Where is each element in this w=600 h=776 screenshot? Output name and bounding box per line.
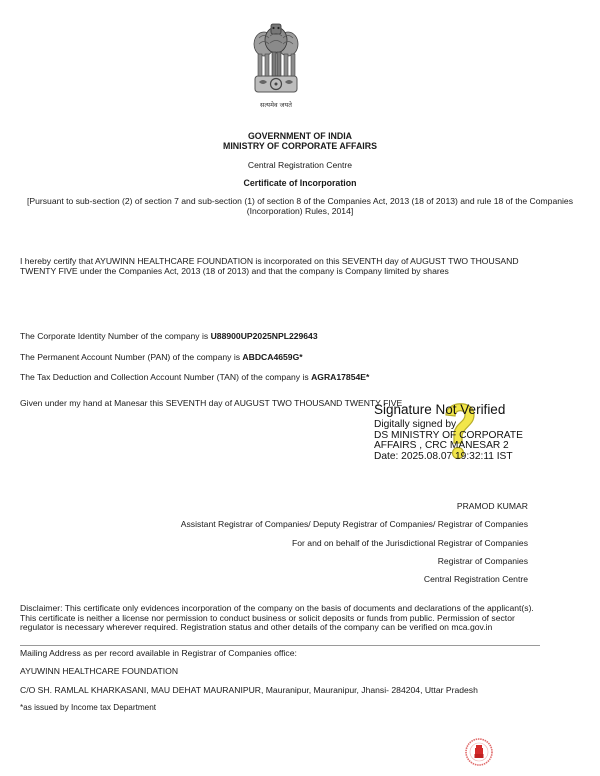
digital-signature-block[interactable]: Signature Not Verified Digitally signed …	[374, 402, 574, 462]
certification-statement: I hereby certify that AYUWINN HEALTHCARE…	[20, 256, 540, 276]
signature-line: Date: 2025.08.07 19:32:11 IST	[374, 452, 574, 463]
company-address: C/O SH. RAMLAL KHARKASANI, MAU DEHAT MAU…	[20, 685, 478, 695]
divider	[20, 645, 540, 646]
signature-line: Digitally signed by	[374, 420, 574, 431]
signatory-name: PRAMOD KUMAR	[457, 501, 528, 511]
tan-label: The Tax Deduction and Collection Account…	[20, 372, 311, 382]
cin-value: U88900UP2025NPL229643	[211, 331, 318, 341]
office-name: Central Registration Centre	[0, 160, 600, 170]
mailing-address-label: Mailing Address as per record available …	[20, 648, 297, 658]
ministry-heading: MINISTRY OF CORPORATE AFFAIRS	[0, 141, 600, 151]
disclaimer: Disclaimer: This certificate only eviden…	[20, 604, 540, 633]
signature-details: Digitally signed by DS MINISTRY OF CORPO…	[374, 420, 574, 462]
signatory-role: Registrar of Companies	[438, 556, 528, 566]
pan-label: The Permanent Account Number (PAN) of th…	[20, 352, 242, 362]
signatory-role: Central Registration Centre	[424, 574, 528, 584]
given-under-hand: Given under my hand at Manesar this SEVE…	[20, 398, 402, 408]
tan-value: AGRA17854E*	[311, 372, 369, 382]
emblem-motto: सत्यमेव जयते	[230, 100, 322, 109]
pan-value: ABDCA4659G*	[242, 352, 302, 362]
pursuant-clause: [Pursuant to sub-section (2) of section …	[20, 196, 580, 216]
certificate-title: Certificate of Incorporation	[0, 178, 600, 188]
signatory-role: For and on behalf of the Jurisdictional …	[292, 538, 528, 548]
cin-label: The Corporate Identity Number of the com…	[20, 331, 211, 341]
signature-status: Signature Not Verified	[374, 402, 574, 417]
company-name: AYUWINN HEALTHCARE FOUNDATION	[20, 666, 178, 676]
government-heading: GOVERNMENT OF INDIA	[0, 131, 600, 141]
cin-line: The Corporate Identity Number of the com…	[20, 331, 318, 341]
tan-line: The Tax Deduction and Collection Account…	[20, 372, 369, 382]
ministry-seal-icon	[461, 737, 497, 767]
footnote: *as issued by Income tax Department	[20, 703, 156, 712]
signatory-role: Assistant Registrar of Companies/ Deputy…	[181, 519, 528, 529]
pan-line: The Permanent Account Number (PAN) of th…	[20, 352, 303, 362]
signature-line: AFFAIRS , CRC MANESAR 2	[374, 441, 574, 452]
